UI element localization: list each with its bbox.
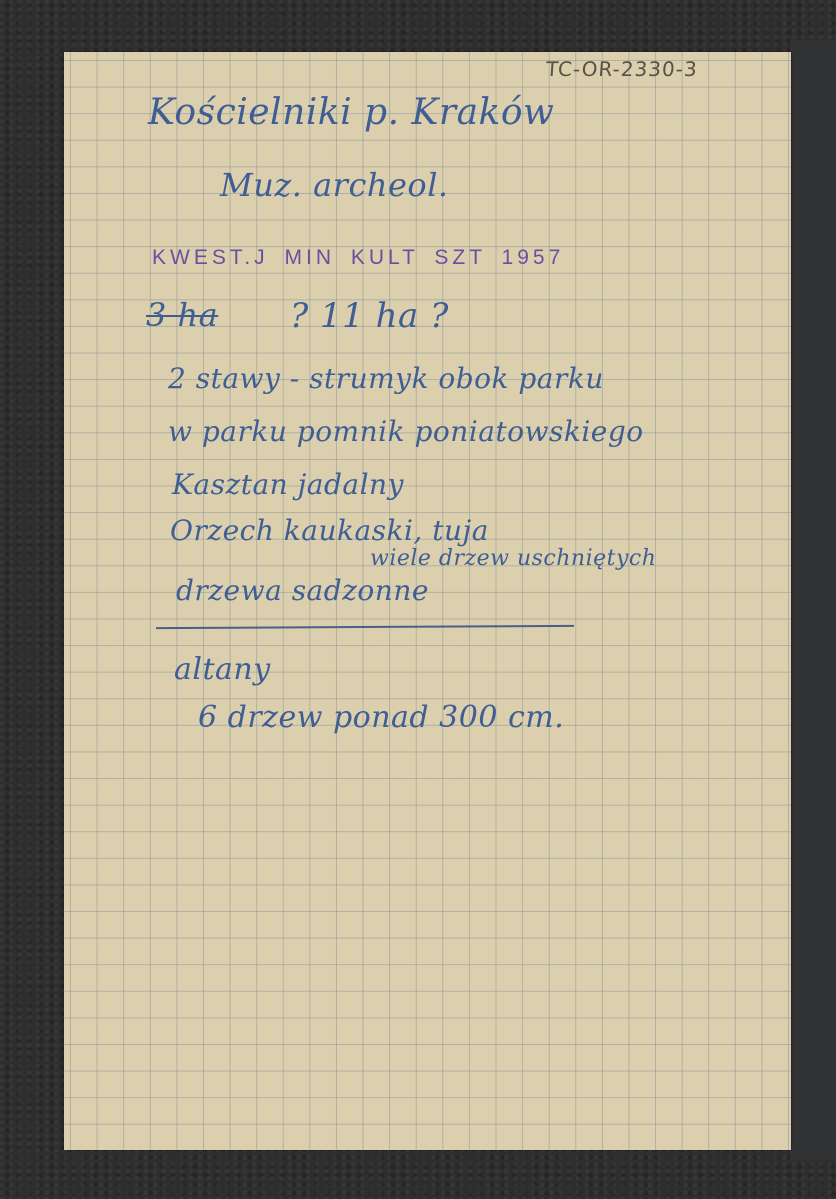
line-trees-count: 6 drzew ponad 300 cm.: [198, 700, 564, 735]
line-gazebos: altany: [174, 652, 271, 687]
struck-area: 3 ha: [146, 296, 218, 334]
area-note: ? 11 ha ?: [290, 296, 449, 336]
line-walnut: Orzech kaukaski, tuja: [170, 514, 489, 547]
line-ponds: 2 stawy - strumyk obok parku: [168, 362, 604, 395]
location-heading: Kościelniki p. Kraków: [148, 92, 554, 133]
reference-number: TC-OR-2330-3: [545, 57, 698, 81]
line-dead-trees: wiele drzew uschniętych: [370, 546, 656, 571]
museum-note: Muz. archeol.: [220, 166, 449, 204]
line-chestnut: Kasztan jadalny: [172, 468, 404, 501]
line-monument: w parku pomnik poniatowskiego: [168, 415, 644, 448]
backing-board: [790, 40, 836, 1160]
line-planted: drzewa sadzonne: [176, 574, 429, 607]
ministry-stamp: KWEST.J MIN KULT SZT 1957: [152, 246, 564, 270]
